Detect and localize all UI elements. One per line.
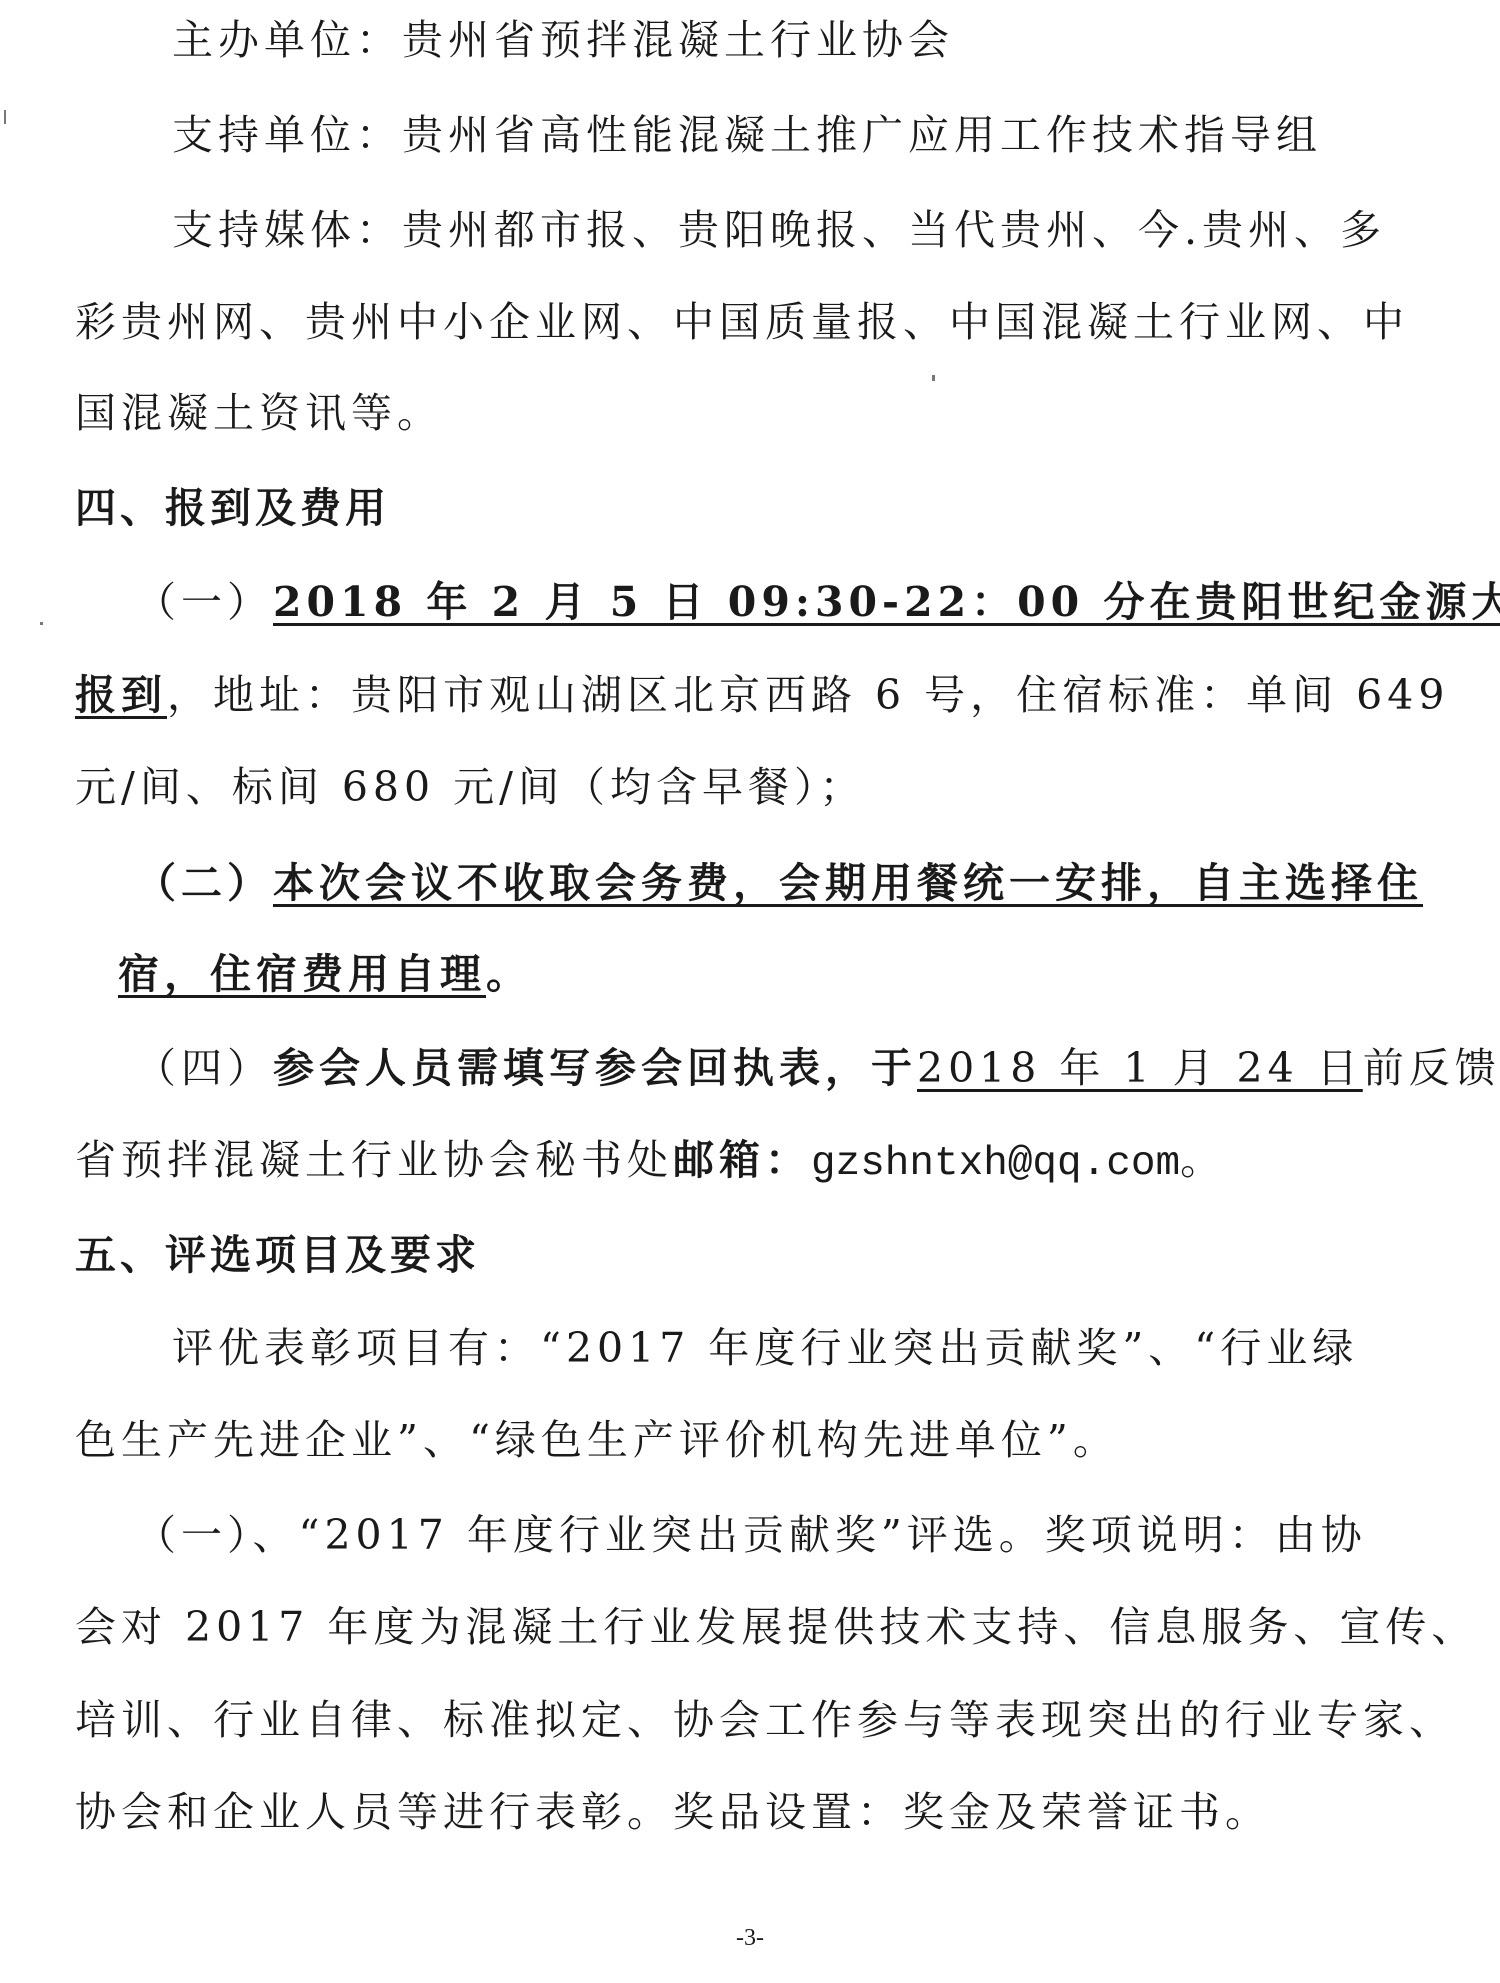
fee-note-end: 。 xyxy=(486,950,532,998)
item-4-prefix: （四） xyxy=(135,1044,273,1092)
supporter-line: 支持单位：贵州省高性能混凝土推广应用工作技术指导组 xyxy=(172,105,1322,165)
media-line-1: 支持媒体：贵州都市报、贵阳晚报、当代贵州、今.贵州、多 xyxy=(172,200,1386,260)
section-4-item-4-line-1: （四）参会人员需填写参会回执表，于2018 年 1 月 24 日前反馈 xyxy=(135,1038,1500,1098)
media-line-3: 国混凝土资讯等。 xyxy=(75,383,443,443)
section-5-intro-line-2: 色生产先进企业”、“绿色生产评价机构先进单位”。 xyxy=(75,1410,1119,1470)
section-5-heading: 五、评选项目及要求 xyxy=(75,1225,480,1285)
section-5-item-1-line-4: 协会和企业人员等进行表彰。奖品设置：奖金及荣誉证书。 xyxy=(75,1782,1271,1842)
fee-note-1: 本次会议不收取会务费，会期用餐统一安排，自主选择住 xyxy=(273,859,1423,907)
scan-speck xyxy=(932,375,935,381)
page-number: -3- xyxy=(0,1925,1500,1952)
organizer-value: 贵州省预拌混凝土行业协会 xyxy=(402,16,954,64)
media-label: 支持媒体： xyxy=(172,206,402,254)
checkin-label: 报到 xyxy=(75,671,167,719)
section-5-item-1-line-3: 培训、行业自律、标准拟定、协会工作参与等表现突出的行业专家、 xyxy=(75,1690,1455,1750)
secretariat: 省预拌混凝土行业协会秘书处 xyxy=(75,1136,673,1184)
supporter-label: 支持单位： xyxy=(172,111,402,159)
email-end: 。 xyxy=(1180,1136,1226,1184)
scan-speck xyxy=(4,110,6,124)
section-4-heading: 四、报到及费用 xyxy=(75,478,390,538)
section-4-item-1-line-3: 元/间、标间 680 元/间（均含早餐）； xyxy=(75,757,865,817)
item-1-prefix: （一） xyxy=(135,578,273,626)
section-5-item-1-line-2: 会对 2017 年度为混凝土行业发展提供技术支持、信息服务、宣传、 xyxy=(75,1597,1477,1657)
section-4-item-2-line-2: 宿，住宿费用自理。 xyxy=(118,944,532,1004)
address-and-rates: ，地址：贵阳市观山湖区北京西路 6 号，住宿标准：单间 649 xyxy=(167,671,1449,719)
item-4-text: 参会人员需填写参会回执表，于 xyxy=(273,1044,917,1092)
organizer-line: 主办单位：贵州省预拌混凝土行业协会 xyxy=(172,10,954,70)
section-5-intro-line-1: 评优表彰项目有：“2017 年度行业突出贡献奖”、“行业绿 xyxy=(172,1318,1358,1378)
section-5-item-1-line-1: （一）、“2017 年度行业突出贡献奖”评选。奖项说明：由协 xyxy=(135,1505,1367,1565)
scan-speck xyxy=(40,622,43,625)
email-label: 邮箱： xyxy=(673,1136,811,1184)
email-address: gzshntxh@qq.com xyxy=(811,1141,1180,1187)
section-4-item-4-line-2: 省预拌混凝土行业协会秘书处邮箱：gzshntxh@qq.com。 xyxy=(75,1130,1226,1194)
media-line-2: 彩贵州网、贵州中小企业网、中国质量报、中国混凝土行业网、中 xyxy=(75,292,1409,352)
section-4-item-1-line-1: （一）2018 年 2 月 5 日 09:30-22：00 分在贵阳世纪金源大饭… xyxy=(135,572,1500,632)
supporter-value: 贵州省高性能混凝土推广应用工作技术指导组 xyxy=(402,111,1322,159)
media-text-1: 贵州都市报、贵阳晚报、当代贵州、今.贵州、多 xyxy=(402,206,1386,254)
item-4-after: 前反馈 xyxy=(1363,1044,1500,1092)
reply-deadline: 2018 年 1 月 24 日 xyxy=(917,1044,1363,1092)
checkin-datetime-place: 2018 年 2 月 5 日 09:30-22：00 分在贵阳世纪金源大饭店 xyxy=(273,578,1500,626)
item-2-prefix: （二） xyxy=(135,859,273,907)
organizer-label: 主办单位： xyxy=(172,16,402,64)
section-4-item-1-line-2: 报到，地址：贵阳市观山湖区北京西路 6 号，住宿标准：单间 649 xyxy=(75,665,1449,725)
fee-note-2: 宿，住宿费用自理 xyxy=(118,950,486,998)
section-4-item-2-line-1: （二）本次会议不收取会务费，会期用餐统一安排，自主选择住 xyxy=(135,853,1423,913)
